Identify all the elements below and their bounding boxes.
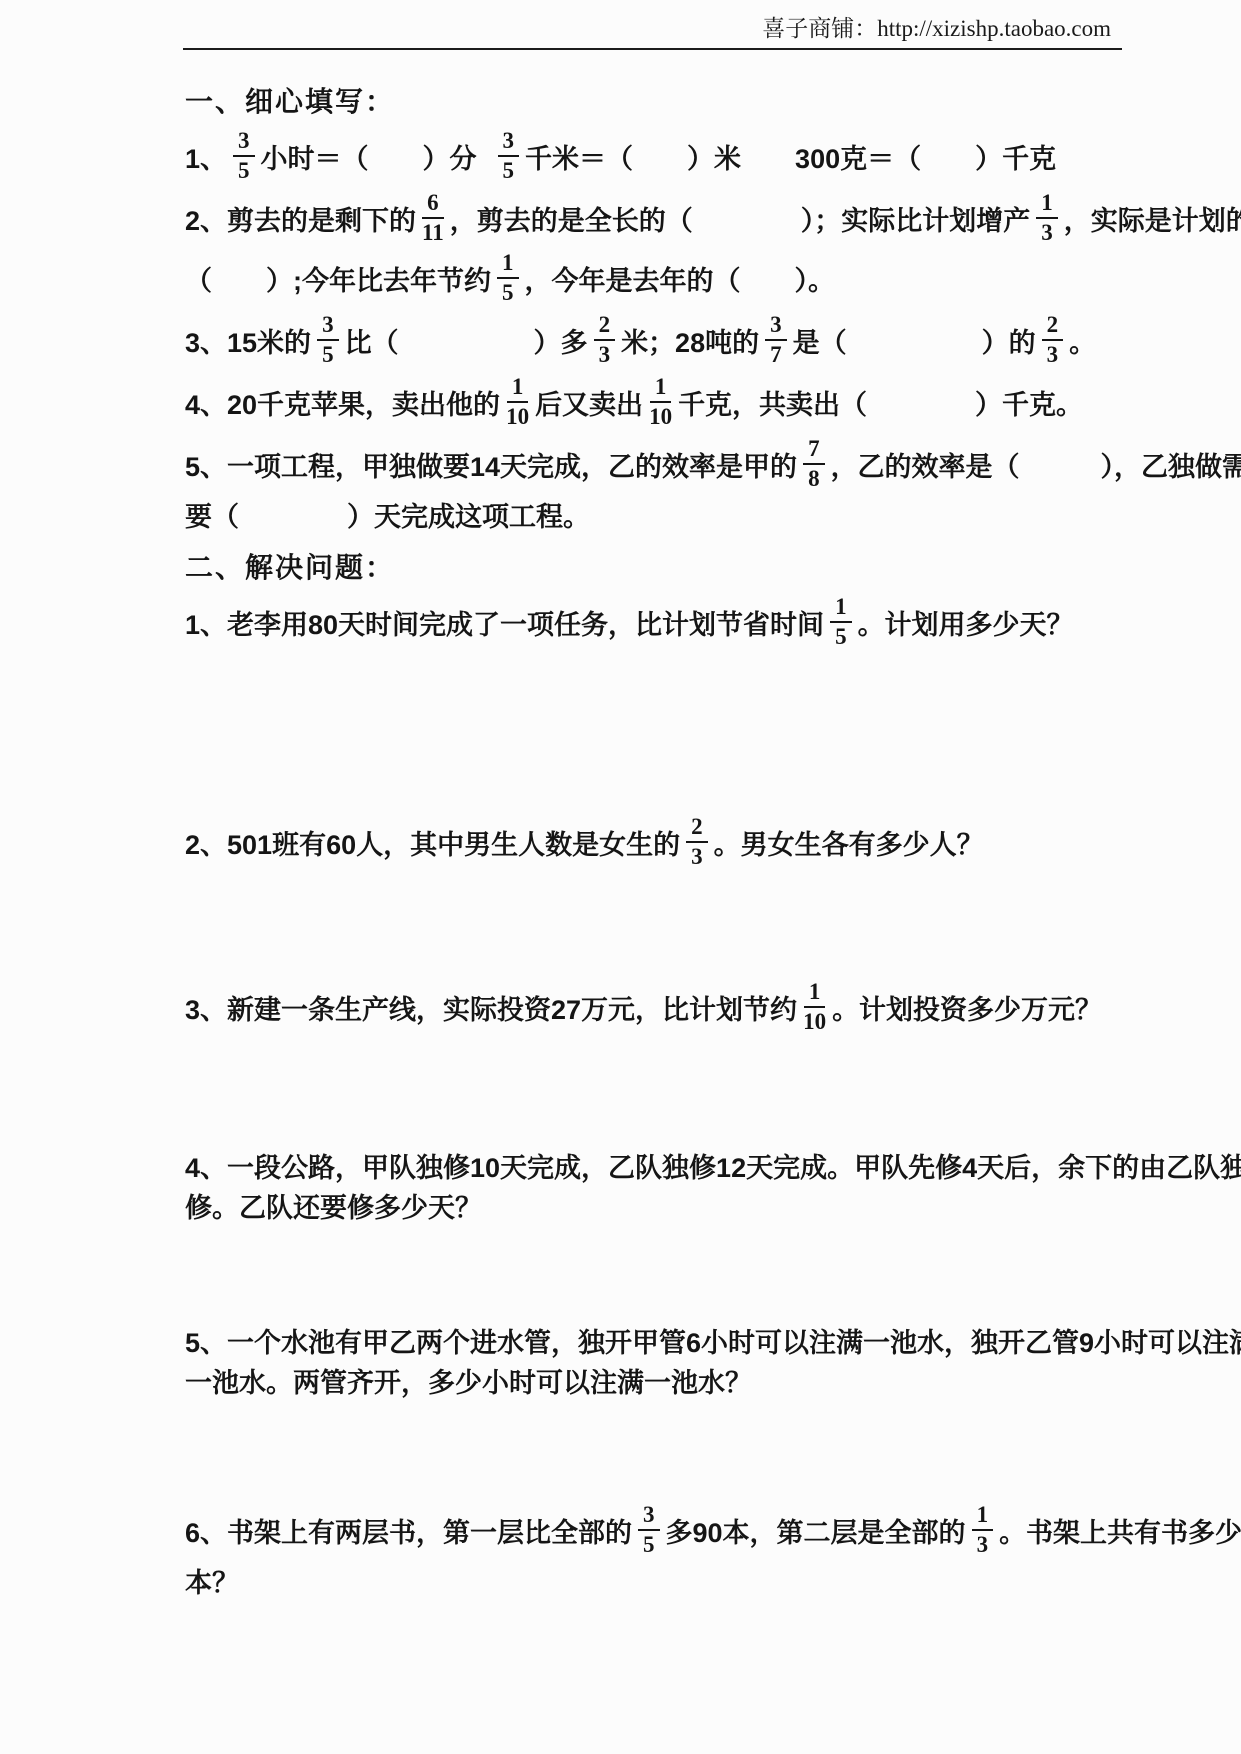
text-run: 。 <box>1069 321 1096 360</box>
fraction-numerator: 1 <box>1036 190 1058 219</box>
text-run: 后又卖出 <box>535 383 643 422</box>
problem: 1、老李用80天时间完成了一项任务，比计划节省时间15。计划用多少天？ <box>185 592 1125 652</box>
problem-line: 1、老李用80天时间完成了一项任务，比计划节省时间15。计划用多少天？ <box>185 592 1125 652</box>
text-run: 小时＝（ ）分 <box>261 137 492 176</box>
fraction-denominator: 5 <box>643 1531 655 1558</box>
problem-line: （ ）;今年比去年节约15，今年是去年的（ ）。 <box>185 248 1125 308</box>
section-title: 二、解决问题： <box>185 536 1125 592</box>
fraction: 110 <box>649 374 672 430</box>
problem-line: 5、一个水池有甲乙两个进水管，独开甲管6小时可以注满一池水，独开乙管9小时可以注… <box>185 1320 1125 1360</box>
fraction-denominator: 10 <box>649 403 672 430</box>
text-run: 。计划用多少天？ <box>858 603 1074 642</box>
problem-line: 一池水。两管齐开，多少小时可以注满一池水？ <box>185 1360 1125 1400</box>
text-run: 本？ <box>185 1561 239 1600</box>
problem-line: 修。乙队还要修多少天？ <box>185 1185 1125 1225</box>
text-run: 1、老李用80天时间完成了一项任务，比计划节省时间 <box>185 603 824 642</box>
problem: 2、501班有60人，其中男生人数是女生的23。男女生各有多少人？ <box>185 812 1125 872</box>
fraction: 110 <box>803 979 826 1035</box>
fraction: 35 <box>498 128 520 184</box>
text-run: 要（ ）天完成这项工程。 <box>185 495 590 534</box>
fraction-denominator: 5 <box>502 279 514 306</box>
fraction-denominator: 10 <box>506 403 529 430</box>
section-title: 一、细心填写： <box>185 70 1125 126</box>
problem: 3、15米的35比（ ）多23米；28吨的37是（ ）的23。 <box>185 310 1125 370</box>
problem-line: 要（ ）天完成这项工程。 <box>185 494 1125 534</box>
problem: 4、20千克苹果，卖出他的110后又卖出110千克，共卖出（ ）千克。 <box>185 372 1125 432</box>
header-rule <box>183 48 1122 50</box>
section: 二、解决问题：1、老李用80天时间完成了一项任务，比计划节省时间15。计划用多少… <box>185 536 1125 1600</box>
fraction: 37 <box>765 312 787 368</box>
text-run: 一池水。两管齐开，多少小时可以注满一池水？ <box>185 1361 752 1400</box>
fraction-denominator: 11 <box>422 219 444 246</box>
fraction: 13 <box>1036 190 1058 246</box>
fraction-numerator: 3 <box>498 128 520 157</box>
problem: 2、剪去的是剩下的611，剪去的是全长的（ ）；实际比计划增产13，实际是计划的… <box>185 188 1125 308</box>
fraction: 611 <box>422 190 444 246</box>
fraction-denominator: 3 <box>1047 341 1059 368</box>
fraction: 23 <box>1042 312 1064 368</box>
problem-line: 1、35小时＝（ ）分 35千米＝（ ）米 300克＝（ ）千克 <box>185 126 1125 186</box>
fraction: 78 <box>803 436 825 492</box>
text-run: 4、一段公路，甲队独修10天完成，乙队独修12天完成。甲队先修4天后，余下的由乙… <box>185 1146 1241 1185</box>
fraction-numerator: 3 <box>638 1502 660 1531</box>
fraction-denominator: 3 <box>691 843 703 870</box>
text-run: ，剪去的是全长的（ ）；实际比计划增产 <box>450 199 1031 238</box>
fraction: 110 <box>506 374 529 430</box>
fraction: 23 <box>594 312 616 368</box>
problem-line: 本？ <box>185 1560 1125 1600</box>
text-run: 比（ ）多 <box>345 321 588 360</box>
text-run: 米；28吨的 <box>621 321 759 360</box>
worksheet-page: 喜子商铺：http://xizishp.taobao.com 一、细心填写：1、… <box>0 0 1241 1754</box>
fraction-numerator: 3 <box>233 128 255 157</box>
text-run: 2、501班有60人，其中男生人数是女生的 <box>185 823 680 862</box>
problem: 3、新建一条生产线，实际投资27万元，比计划节约110。计划投资多少万元？ <box>185 977 1125 1037</box>
text-run: 5、一个水池有甲乙两个进水管，独开甲管6小时可以注满一池水，独开乙管9小时可以注… <box>185 1321 1241 1360</box>
problem-line: 4、20千克苹果，卖出他的110后又卖出110千克，共卖出（ ）千克。 <box>185 372 1125 432</box>
fraction-numerator: 7 <box>803 436 825 465</box>
text-run: 。书架上共有书多少 <box>999 1511 1241 1550</box>
text-run: 5、一项工程，甲独做要14天完成，乙的效率是甲的 <box>185 445 797 484</box>
fraction-numerator: 1 <box>804 979 826 1008</box>
shop-header-text: 喜子商铺：http://xizishp.taobao.com <box>762 16 1111 41</box>
text-run: （ ）;今年比去年节约 <box>185 259 491 298</box>
fraction-numerator: 1 <box>650 374 672 403</box>
fraction-numerator: 1 <box>972 1502 994 1531</box>
text-run: ，实际是计划的 <box>1064 199 1241 238</box>
text-run: 3、新建一条生产线，实际投资27万元，比计划节约 <box>185 988 797 1027</box>
fraction-numerator: 2 <box>1042 312 1064 341</box>
text-run: 2、剪去的是剩下的 <box>185 199 416 238</box>
fraction: 13 <box>972 1502 994 1558</box>
fraction-denominator: 5 <box>503 157 515 184</box>
fraction: 35 <box>638 1502 660 1558</box>
fraction: 15 <box>497 250 519 306</box>
fraction-numerator: 1 <box>497 250 519 279</box>
text-run: 6、书架上有两层书，第一层比全部的 <box>185 1511 632 1550</box>
fraction-denominator: 8 <box>808 465 820 492</box>
problem: 1、35小时＝（ ）分 35千米＝（ ）米 300克＝（ ）千克 <box>185 126 1125 186</box>
problem-line: 2、501班有60人，其中男生人数是女生的23。男女生各有多少人？ <box>185 812 1125 872</box>
fraction-numerator: 2 <box>594 312 616 341</box>
fraction-numerator: 3 <box>765 312 787 341</box>
problem: 5、一项工程，甲独做要14天完成，乙的效率是甲的78，乙的效率是（ ），乙独做需… <box>185 434 1125 534</box>
problem-line: 5、一项工程，甲独做要14天完成，乙的效率是甲的78，乙的效率是（ ），乙独做需 <box>185 434 1125 494</box>
fraction: 35 <box>317 312 339 368</box>
fraction-denominator: 5 <box>322 341 334 368</box>
text-run: 3、15米的 <box>185 321 311 360</box>
problem-line: 3、15米的35比（ ）多23米；28吨的37是（ ）的23。 <box>185 310 1125 370</box>
text-run: 1、 <box>185 137 227 176</box>
fraction-numerator: 2 <box>686 814 708 843</box>
text-run: 4、20千克苹果，卖出他的 <box>185 383 500 422</box>
fraction-denominator: 3 <box>977 1531 989 1558</box>
fraction-numerator: 3 <box>317 312 339 341</box>
fraction-denominator: 7 <box>770 341 782 368</box>
problem: 5、一个水池有甲乙两个进水管，独开甲管6小时可以注满一池水，独开乙管9小时可以注… <box>185 1320 1125 1400</box>
fraction-denominator: 10 <box>803 1008 826 1035</box>
fraction-numerator: 1 <box>830 594 852 623</box>
fraction-denominator: 5 <box>835 623 847 650</box>
text-run: ，乙的效率是（ ），乙独做需 <box>831 445 1241 484</box>
section: 一、细心填写：1、35小时＝（ ）分 35千米＝（ ）米 300克＝（ ）千克2… <box>185 70 1125 534</box>
text-run: 。男女生各有多少人？ <box>714 823 984 862</box>
text-run: 千米＝（ ）米 300克＝（ ）千克 <box>525 137 1056 176</box>
fraction: 23 <box>686 814 708 870</box>
text-run: 多90本，第二层是全部的 <box>666 1511 966 1550</box>
problem-line: 3、新建一条生产线，实际投资27万元，比计划节约110。计划投资多少万元？ <box>185 977 1125 1037</box>
problem: 4、一段公路，甲队独修10天完成，乙队独修12天完成。甲队先修4天后，余下的由乙… <box>185 1145 1125 1225</box>
problem-line: 2、剪去的是剩下的611，剪去的是全长的（ ）；实际比计划增产13，实际是计划的 <box>185 188 1125 248</box>
fraction-denominator: 5 <box>238 157 250 184</box>
worksheet-body: 一、细心填写：1、35小时＝（ ）分 35千米＝（ ）米 300克＝（ ）千克2… <box>185 70 1125 1600</box>
page-header: 喜子商铺：http://xizishp.taobao.com <box>762 10 1111 43</box>
fraction-numerator: 1 <box>507 374 529 403</box>
text-run: 修。乙队还要修多少天？ <box>185 1186 482 1225</box>
problem-line: 4、一段公路，甲队独修10天完成，乙队独修12天完成。甲队先修4天后，余下的由乙… <box>185 1145 1125 1185</box>
problem: 6、书架上有两层书，第一层比全部的35多90本，第二层是全部的13。书架上共有书… <box>185 1500 1125 1600</box>
fraction: 35 <box>233 128 255 184</box>
fraction: 15 <box>830 594 852 650</box>
fraction-denominator: 3 <box>1041 219 1053 246</box>
text-run: 。计划投资多少万元？ <box>832 988 1102 1027</box>
text-run: ，今年是去年的（ ）。 <box>525 259 836 298</box>
fraction-denominator: 3 <box>599 341 611 368</box>
problem-line: 6、书架上有两层书，第一层比全部的35多90本，第二层是全部的13。书架上共有书… <box>185 1500 1125 1560</box>
fraction-numerator: 6 <box>422 190 444 219</box>
text-run: 千克，共卖出（ ）千克。 <box>678 383 1083 422</box>
text-run: 是（ ）的 <box>793 321 1036 360</box>
